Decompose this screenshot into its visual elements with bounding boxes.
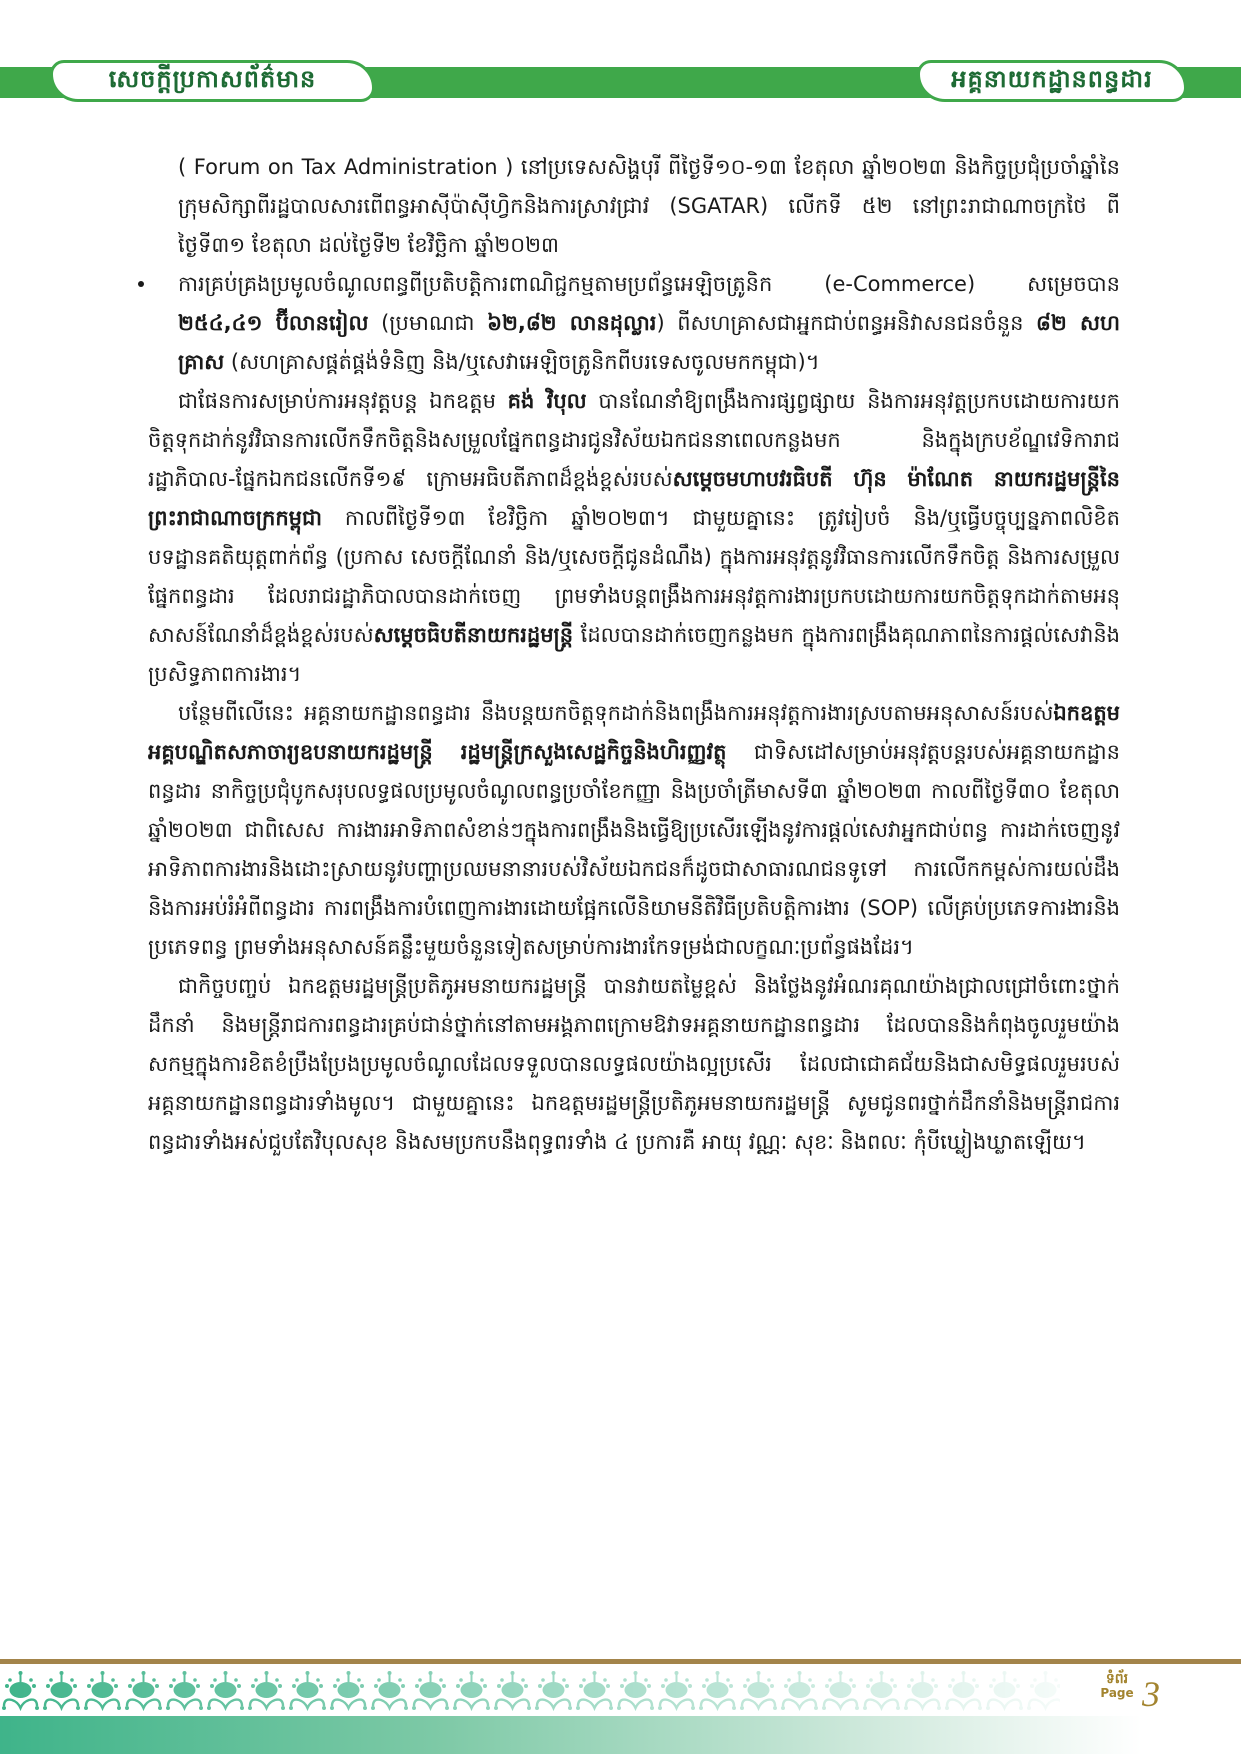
paragraph-closing: ជាកិច្ចបញ្ចប់ ឯកឧត្តមរដ្ឋមន្ត្រីប្រតិភូអ… — [148, 967, 1120, 1162]
header-organization-name: អគ្គនាយកដ្ឋានពន្ធដារ — [951, 64, 1152, 99]
continuation-paragraph: ( Forum on Tax Administration ) នៅប្រទេស… — [148, 148, 1120, 265]
bullet-text: ) ពីសហគ្រាសជាអ្នកជាប់ពន្ធអនិវាសនជនចំនួន — [656, 311, 1036, 335]
bullet-icon — [138, 281, 144, 287]
paragraph-text: បន្ថែមពីលើនេះ អគ្គនាយកដ្ឋានពន្ធដារ នឹងបន… — [178, 701, 1053, 725]
lotus-ornament-icon — [205, 1670, 246, 1716]
header-section-title: សេចក្ដីប្រកាសព័ត៌មាន — [109, 64, 317, 99]
paragraph-plan: ជាផែនការសម្រាប់ការអនុវត្តបន្ត ឯកឧត្តម គង… — [148, 382, 1120, 694]
lotus-ornament-icon — [123, 1670, 164, 1716]
lotus-ornament-icon — [779, 1670, 820, 1716]
lotus-ornament-icon — [820, 1670, 861, 1716]
paragraph-text: ជាទិសដៅសម្រាប់អនុវត្តបន្តរបស់អគ្គនាយកដ្ឋ… — [148, 740, 1120, 959]
lotus-ornament-icon — [0, 1670, 41, 1716]
page-label-english: Page — [1097, 1687, 1137, 1700]
revenue-usd-amount: ៦២,៨២ លានដុល្លារ — [487, 311, 656, 335]
lotus-ornament-icon — [574, 1670, 615, 1716]
revenue-riel-amount: ២៥៤,៤១ ប៊ីលានរៀល — [178, 311, 369, 335]
lotus-ornament-icon — [492, 1670, 533, 1716]
footer-ornament-border — [0, 1670, 1060, 1716]
lotus-ornament-icon — [738, 1670, 779, 1716]
header-section-tab: សេចក្ដីប្រកាសព័ត៌មាន — [50, 60, 375, 102]
footer-divider — [0, 1659, 1241, 1664]
lotus-ornament-icon — [410, 1670, 451, 1716]
header-organization-tab: អគ្គនាយកដ្ឋានពន្ធដារ — [917, 60, 1187, 102]
lotus-ornament-icon — [451, 1670, 492, 1716]
bullet-text: (ប្រមាណជា — [369, 311, 488, 335]
lotus-ornament-icon — [943, 1670, 984, 1716]
lotus-ornament-icon — [328, 1670, 369, 1716]
official-name: គង់ វិបុល — [508, 389, 587, 413]
lotus-ornament-icon — [533, 1670, 574, 1716]
lotus-ornament-icon — [697, 1670, 738, 1716]
lotus-ornament-icon — [861, 1670, 902, 1716]
lotus-ornament-icon — [615, 1670, 656, 1716]
page-label-khmer: ទំព័រ — [1097, 1672, 1137, 1687]
page-number: 3 — [1142, 1673, 1160, 1715]
bullet-list-item: ការគ្រប់គ្រងប្រមូលចំណូលពន្ធពីប្រតិបត្តិក… — [148, 265, 1120, 382]
page-label: ទំព័រ Page — [1097, 1672, 1137, 1699]
lotus-ornament-icon — [656, 1670, 697, 1716]
lotus-ornament-icon — [369, 1670, 410, 1716]
lotus-ornament-icon — [984, 1670, 1025, 1716]
lotus-ornament-icon — [902, 1670, 943, 1716]
bullet-text: ការគ្រប់គ្រងប្រមូលចំណូលពន្ធពីប្រតិបត្តិក… — [178, 272, 1120, 296]
lotus-ornament-icon — [82, 1670, 123, 1716]
lotus-ornament-icon — [164, 1670, 205, 1716]
lotus-ornament-icon — [287, 1670, 328, 1716]
lotus-ornament-icon — [246, 1670, 287, 1716]
lotus-ornament-icon — [1025, 1670, 1060, 1716]
article-body: ( Forum on Tax Administration ) នៅប្រទេស… — [148, 148, 1120, 1162]
bullet-text: (សហគ្រាសផ្គត់ផ្គង់ទំនិញ និង/ឬសេវាអេឡិចត្… — [224, 350, 819, 374]
prime-minister-short-title: សម្ដេចធិបតីនាយករដ្ឋមន្ត្រី — [374, 623, 574, 647]
lotus-ornament-icon — [41, 1670, 82, 1716]
paragraph-text: ជាផែនការសម្រាប់ការអនុវត្តបន្ត ឯកឧត្តម — [178, 389, 508, 413]
paragraph-additional: បន្ថែមពីលើនេះ អគ្គនាយកដ្ឋានពន្ធដារ នឹងបន… — [148, 694, 1120, 967]
footer-gradient-band — [0, 1716, 1241, 1754]
